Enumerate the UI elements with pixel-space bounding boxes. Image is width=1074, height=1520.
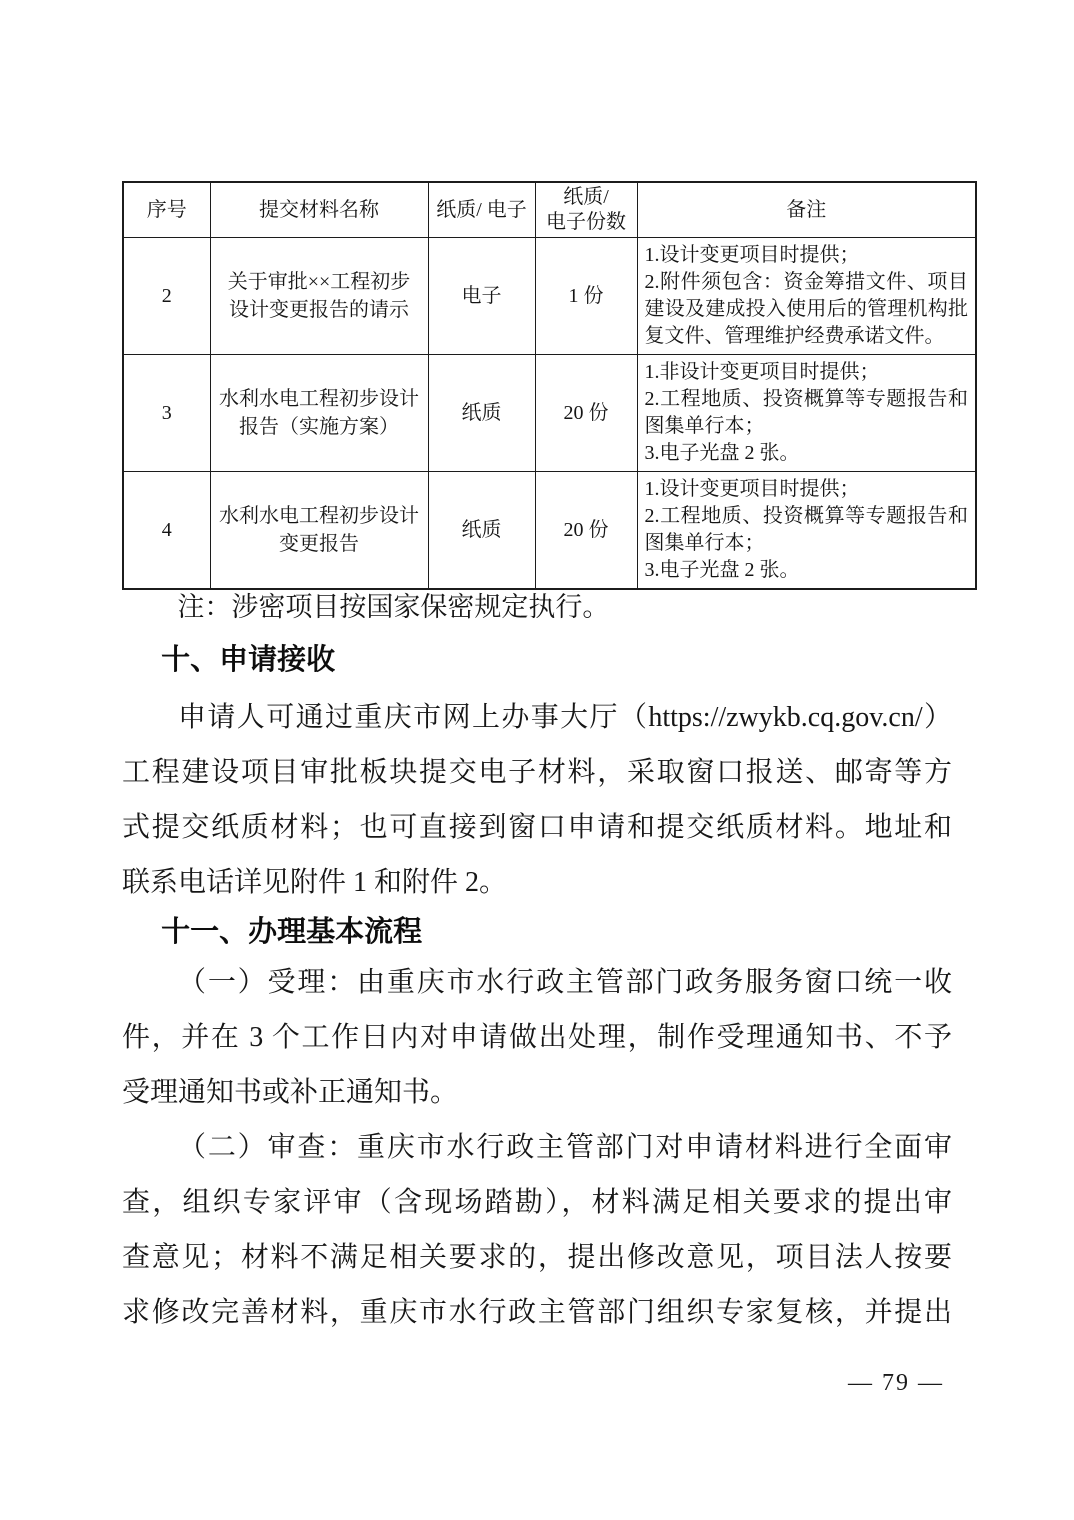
seq-cell: 2 — [123, 238, 210, 355]
copies-cell: 1 份 — [535, 238, 637, 355]
remark-cell: 1.非设计变更项目时提供； 2.工程地质、投资概算等专题报告和图集单行本； 3.… — [637, 355, 976, 472]
table-row: 2 关于审批××工程初步设计变更报告的请示 电子 1 份 1.设计变更项目时提供… — [123, 238, 976, 355]
col-header-copies-line2: 电子份数 — [540, 210, 633, 235]
section-11-paragraph-2: （二）审查：重庆市水行政主管部门对申请材料进行全面审 查，组织专家评审（含现场踏… — [122, 1120, 952, 1340]
copies-cell: 20 份 — [535, 355, 637, 472]
remark-item: 1.设计变更项目时提供； — [645, 476, 969, 503]
medium-cell: 纸质 — [428, 472, 535, 590]
remark-item: 2.工程地质、投资概算等专题报告和图集单行本； — [645, 503, 969, 557]
col-header-medium: 纸质/ 电子 — [428, 182, 535, 238]
medium-cell: 电子 — [428, 238, 535, 355]
col-header-material-name: 提交材料名称 — [210, 182, 428, 238]
section-10-paragraph: 申请人可通过重庆市网上办事大厅（https://zwykb.cq.gov.cn/… — [122, 690, 952, 910]
section-10-heading: 十、申请接收 — [122, 633, 952, 688]
remark-item: 2.工程地质、投资概算等专题报告和图集单行本； — [645, 386, 969, 440]
paragraph-line: （一）受理：由重庆市水行政主管部门政务服务窗口统一收 — [122, 955, 952, 1010]
seq-cell: 4 — [123, 472, 210, 590]
col-header-remark: 备注 — [637, 182, 976, 238]
section-11-heading: 十一、办理基本流程 — [122, 905, 952, 960]
paragraph-line: 工程建设项目审批板块提交电子材料，采取窗口报送、邮寄等方 — [122, 745, 952, 800]
col-header-copies-line1: 纸质/ — [540, 185, 633, 210]
paragraph-line: 查，组织专家评审（含现场踏勘），材料满足相关要求的提出审 — [122, 1175, 952, 1230]
material-name-cell: 水利水电工程初步设计报告（实施方案） — [210, 355, 428, 472]
material-name-cell: 水利水电工程初步设计变更报告 — [210, 472, 428, 590]
paragraph-line: 件，并在 3 个工作日内对申请做出处理，制作受理通知书、不予 — [122, 1010, 952, 1065]
table-header-row: 序号 提交材料名称 纸质/ 电子 纸质/ 电子份数 备注 — [123, 182, 976, 238]
paragraph-line: （二）审查：重庆市水行政主管部门对申请材料进行全面审 — [122, 1120, 952, 1175]
paragraph-line: 式提交纸质材料；也可直接到窗口申请和提交纸质材料。地址和 — [122, 800, 952, 855]
seq-cell: 3 — [123, 355, 210, 472]
paragraph-line: 申请人可通过重庆市网上办事大厅（https://zwykb.cq.gov.cn/… — [122, 690, 952, 745]
material-name-cell: 关于审批××工程初步设计变更报告的请示 — [210, 238, 428, 355]
copies-cell: 20 份 — [535, 472, 637, 590]
section-11-paragraph-1: （一）受理：由重庆市水行政主管部门政务服务窗口统一收 件，并在 3 个工作日内对… — [122, 955, 952, 1120]
remark-cell: 1.设计变更项目时提供； 2.附件须包含：资金筹措文件、项目建设及建成投入使用后… — [637, 238, 976, 355]
remark-item: 2.附件须包含：资金筹措文件、项目建设及建成投入使用后的管理机构批复文件、管理维… — [645, 269, 969, 350]
table-row: 3 水利水电工程初步设计报告（实施方案） 纸质 20 份 1.非设计变更项目时提… — [123, 355, 976, 472]
paragraph-line: 联系电话详见附件 1 和附件 2。 — [122, 855, 952, 910]
medium-cell: 纸质 — [428, 355, 535, 472]
remark-cell: 1.设计变更项目时提供； 2.工程地质、投资概算等专题报告和图集单行本； 3.电… — [637, 472, 976, 590]
table-row: 4 水利水电工程初步设计变更报告 纸质 20 份 1.设计变更项目时提供； 2.… — [123, 472, 976, 590]
paragraph-line: 受理通知书或补正通知书。 — [122, 1065, 952, 1120]
remark-item: 3.电子光盘 2 张。 — [645, 440, 969, 467]
document-page: 序号 提交材料名称 纸质/ 电子 纸质/ 电子份数 备注 2 关于审批××工程初… — [0, 0, 1074, 1520]
remark-item: 1.设计变更项目时提供； — [645, 242, 969, 269]
paragraph-line: 查意见；材料不满足相关要求的，提出修改意见，项目法人按要 — [122, 1230, 952, 1285]
table-note: 注：涉密项目按国家保密规定执行。 — [122, 580, 952, 635]
materials-table: 序号 提交材料名称 纸质/ 电子 纸质/ 电子份数 备注 2 关于审批××工程初… — [122, 181, 977, 590]
col-header-copies: 纸质/ 电子份数 — [535, 182, 637, 238]
paragraph-line: 求修改完善材料，重庆市水行政主管部门组织专家复核，并提出 — [122, 1285, 952, 1340]
remark-item: 1.非设计变更项目时提供； — [645, 359, 969, 386]
page-number: — 79 — — [122, 1368, 952, 1398]
col-header-seq: 序号 — [123, 182, 210, 238]
